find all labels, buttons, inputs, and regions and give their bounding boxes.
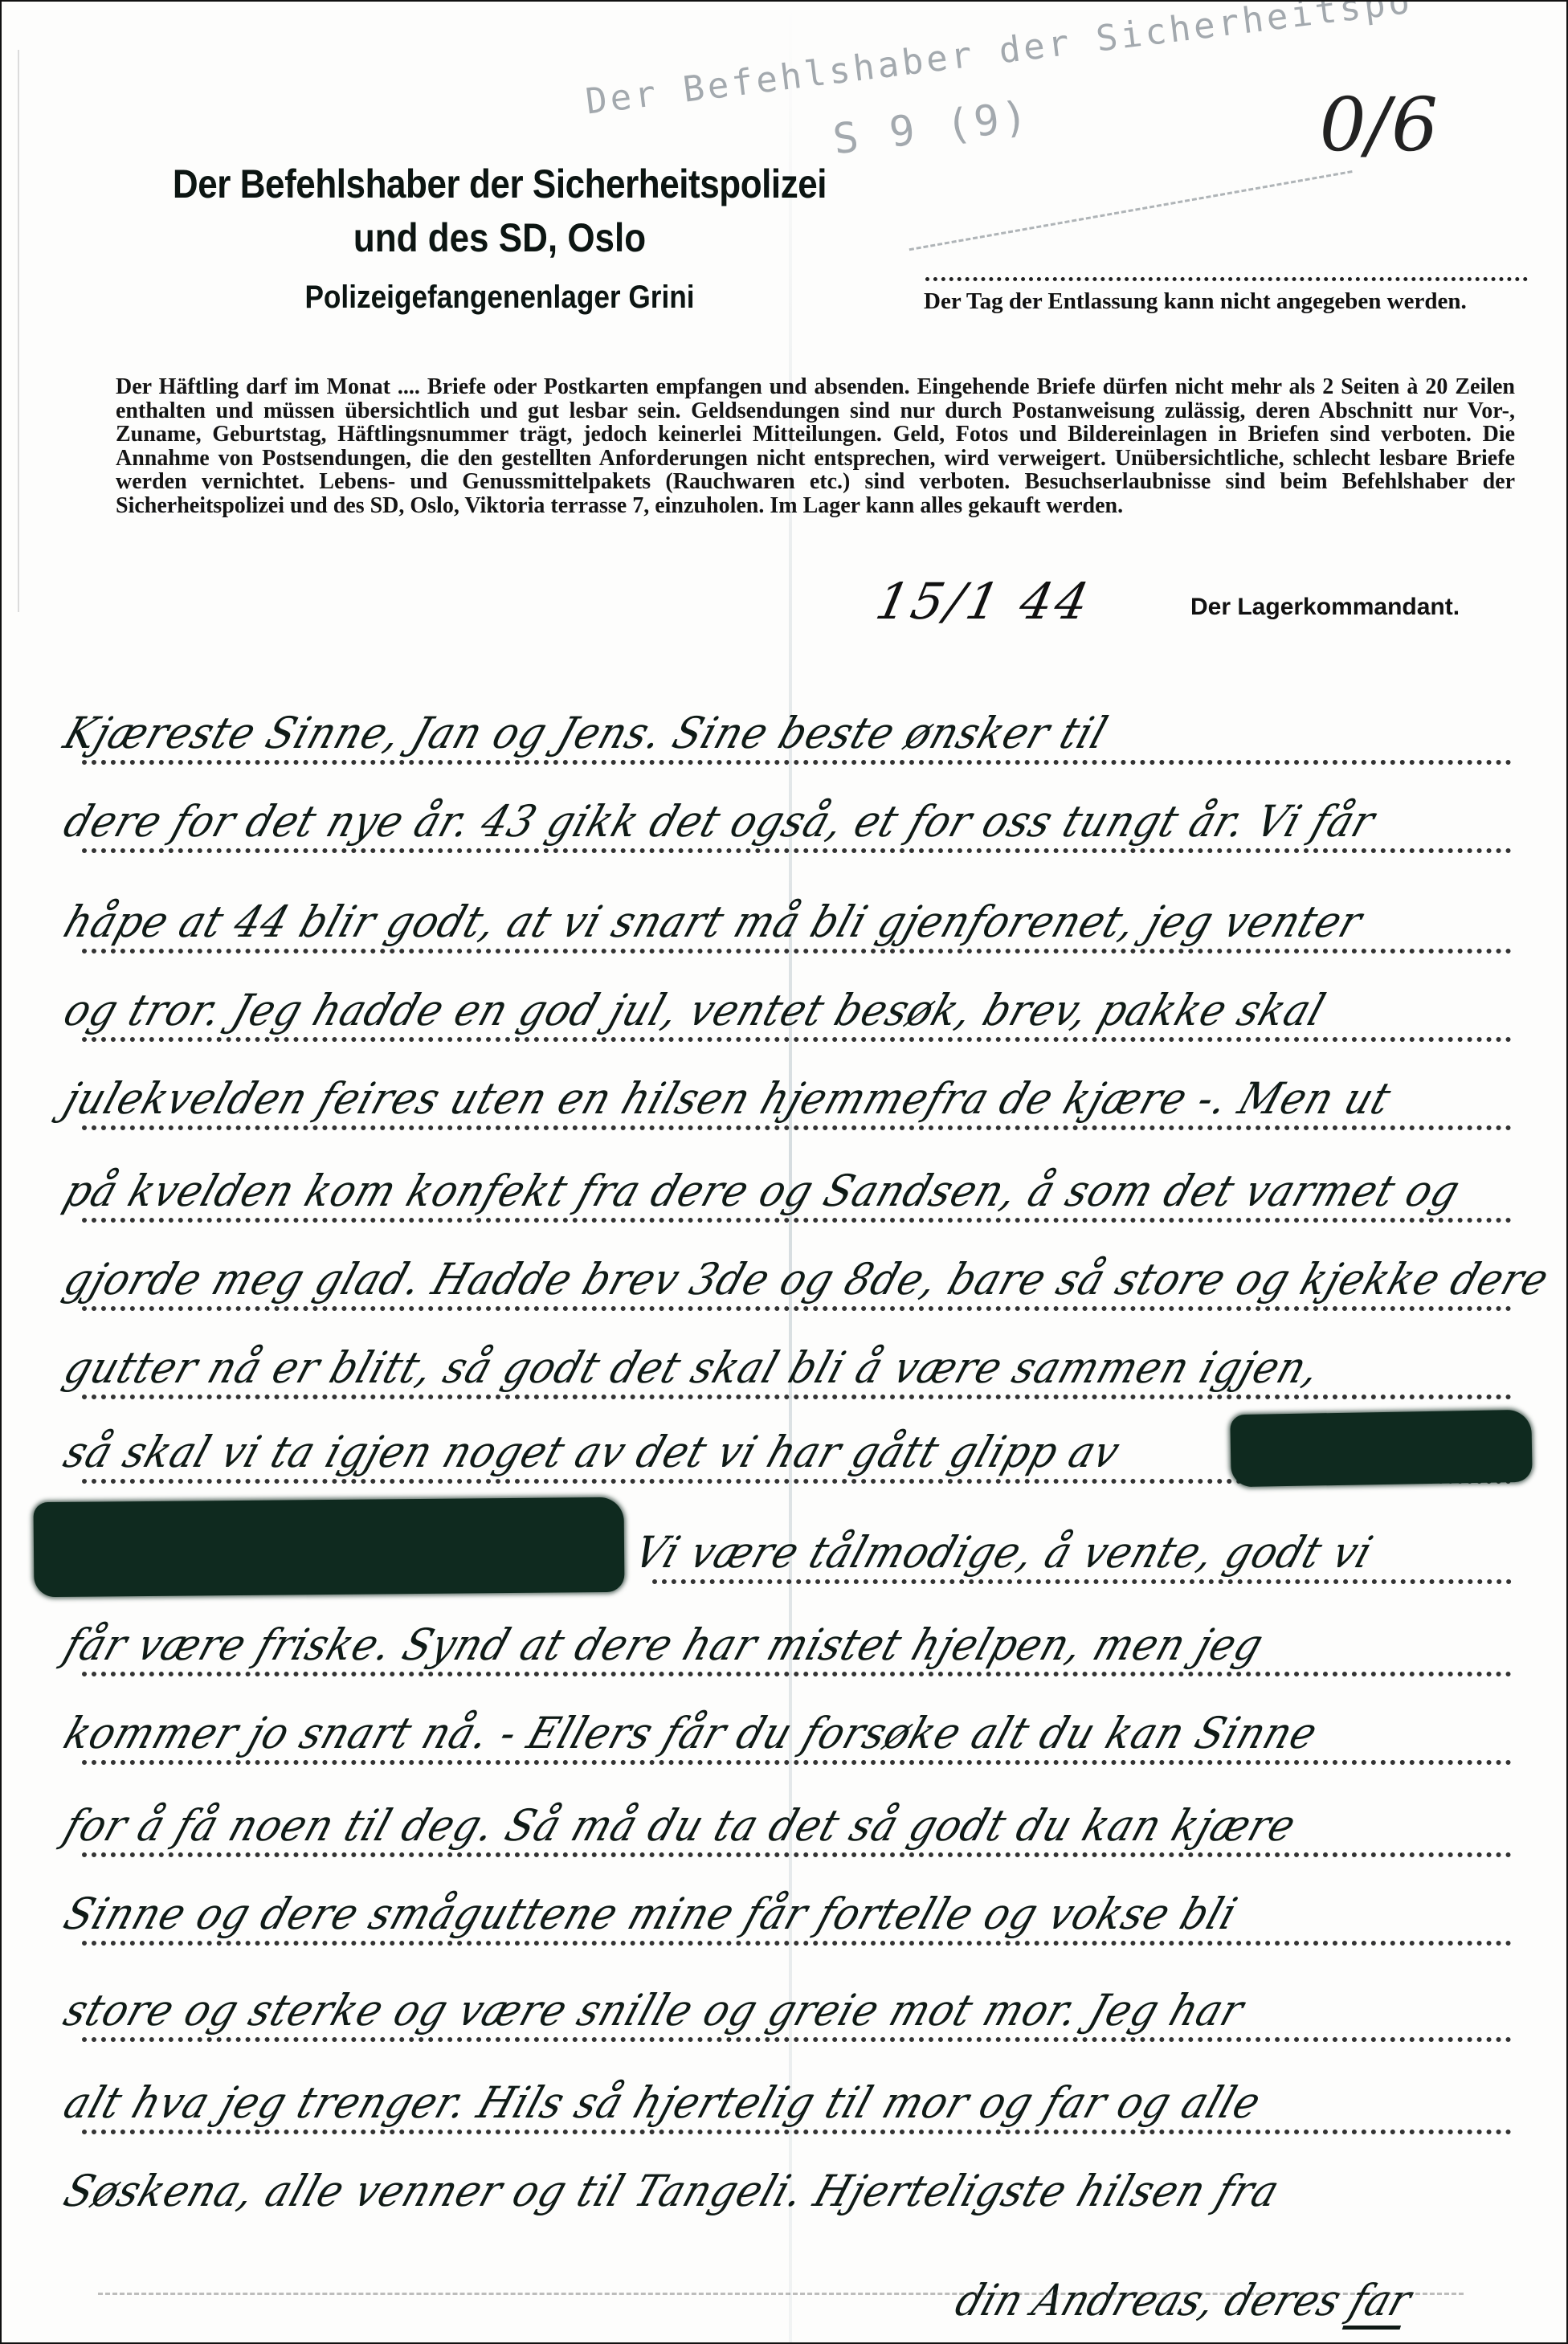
dotted-writing-line: [82, 1852, 1512, 1857]
signature-underlined-word: far: [1342, 2275, 1418, 2330]
scanned-letter-page: Der Befehlshaber der Sicherheitspo S 9 (…: [0, 0, 1568, 2344]
letter-line: håpe at 44 blir godt, at vi snart må bli…: [58, 873, 1528, 954]
dotted-writing-line: [82, 760, 1512, 765]
release-dotted-line: [925, 277, 1528, 281]
header-line-3: Polizeigefangenenlager Grini: [161, 269, 839, 325]
dotted-writing-line: [82, 1760, 1512, 1765]
dotted-writing-line: [82, 1306, 1512, 1311]
commandant-signature-label: Der Lagerkommandant.: [1190, 594, 1460, 621]
paper-crease: [18, 50, 19, 612]
letter-line: og tror. Jeg hadde en god jul, ventet be…: [58, 962, 1528, 1042]
scan-noise-line: [98, 2293, 1464, 2295]
letter-line-text: Sinne og dere småguttene mine får fortel…: [58, 1889, 1243, 1939]
letter-line: Kjæreste Sinne, Jan og Jens. Sine beste …: [58, 684, 1528, 765]
letter-line-text: gutter nå er blitt, så godt det skal bli…: [58, 1342, 1327, 1393]
handwritten-date: 15/1 44: [871, 572, 1096, 631]
letter-line-text: så skal vi ta igjen noget av det vi har …: [58, 1427, 1126, 1477]
letter-line-text: julekvelden feires uten en hilsen hjemme…: [58, 1073, 1398, 1124]
letter-line: gutter nå er blitt, så godt det skal bli…: [58, 1319, 1528, 1399]
letter-line-text: dere for det nye år. 43 gikk det også, e…: [58, 796, 1382, 847]
letter-line: julekvelden feires uten en hilsen hjemme…: [58, 1050, 1528, 1130]
header-line-1: Der Befehlshaber der Sicherheitspolizei: [161, 158, 839, 210]
letter-line: får være friske. Synd at dere har mistet…: [58, 1596, 1528, 1676]
dotted-writing-line: [82, 1395, 1512, 1399]
letter-line: alt hva jeg trenger. Hils så hjertelig t…: [58, 2054, 1528, 2134]
letter-line: dere for det nye år. 43 gikk det også, e…: [58, 773, 1528, 853]
dotted-writing-line: [82, 848, 1512, 853]
letter-line: gjorde meg glad. Hadde brev 3de og 8de, …: [58, 1231, 1528, 1311]
letter-line: Vi være tålmodige, å vente, godt vi: [628, 1504, 1528, 1584]
letter-line-text: og tror. Jeg hadde en god jul, ventet be…: [58, 985, 1332, 1035]
letter-line-text: håpe at 44 blir godt, at vi snart må bli…: [58, 896, 1369, 947]
redaction-block: [1230, 1410, 1533, 1488]
dotted-writing-line: [82, 1037, 1512, 1042]
letter-line-text: Søskena, alle venner og til Tangeli. Hje…: [58, 2166, 1286, 2216]
letter-line: for å få noen til deg. Så må du ta det s…: [58, 1777, 1528, 1857]
letter-line-text: gjorde meg glad. Hadde brev 3de og 8de, …: [58, 1254, 1555, 1305]
letter-line-text: for å få noen til deg. Så må du ta det s…: [58, 1800, 1303, 1851]
letter-line-text: alt hva jeg trenger. Hils så hjertelig t…: [58, 2077, 1268, 2128]
dotted-writing-line: [82, 1941, 1512, 1946]
form-header: Der Befehlshaber der Sicherheitspolizei …: [161, 158, 839, 325]
camp-rules-text: Der Häftling darf im Monat .... Briefe o…: [116, 375, 1515, 518]
header-line-2: und des SD, Oslo: [161, 210, 839, 266]
letter-line: Sinne og dere småguttene mine får fortel…: [58, 1865, 1528, 1946]
dotted-writing-line: [652, 1579, 1512, 1584]
letter-line-text: store og sterke og være snille og greie …: [58, 1985, 1251, 2036]
letter-line-text: får være friske. Synd at dere har mistet…: [58, 1619, 1270, 1670]
letter-line-text: Vi være tålmodige, å vente, godt vi: [628, 1527, 1379, 1578]
dotted-writing-line: [82, 2130, 1512, 2134]
dotted-writing-line: [82, 1125, 1512, 1130]
letter-line-text: kommer jo snart nå. - Ellers får du fors…: [58, 1708, 1324, 1758]
dotted-writing-line: [82, 949, 1512, 954]
release-note: Der Tag der Entlassung kann nicht angege…: [924, 289, 1534, 313]
dotted-writing-line: [82, 2037, 1512, 2042]
redaction-block: [33, 1497, 624, 1597]
letter-line-text: Kjæreste Sinne, Jan og Jens. Sine beste …: [58, 708, 1114, 758]
letter-signature: din Andreas, deres far: [949, 2275, 1418, 2326]
signature-text: din Andreas, deres: [949, 2275, 1347, 2326]
dotted-writing-line: [82, 1672, 1512, 1676]
letter-line: Søskena, alle venner og til Tangeli. Hje…: [58, 2142, 1528, 2223]
letter-line: store og sterke og være snille og greie …: [58, 1962, 1528, 2042]
dotted-writing-line: [82, 1218, 1512, 1223]
letter-line: kommer jo snart nå. - Ellers får du fors…: [58, 1684, 1528, 1765]
letter-line-text: på kvelden kom konfekt fra dere og Sands…: [58, 1166, 1467, 1216]
letter-line: på kvelden kom konfekt fra dere og Sands…: [58, 1142, 1528, 1223]
stamp-handwritten-mark: 0/6: [1312, 82, 1446, 168]
